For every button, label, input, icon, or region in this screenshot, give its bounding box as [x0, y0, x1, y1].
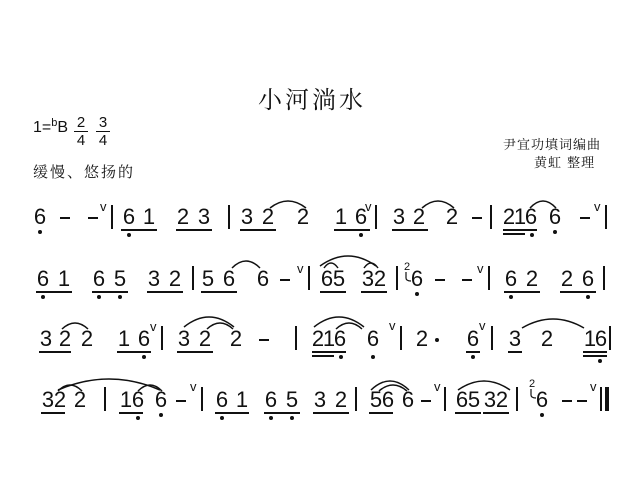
note: 6: [256, 268, 270, 290]
underline: [92, 291, 128, 293]
notation-line-3: 3 2 2 1 6 v 3 2 2 2 1 6 6 v 2 6 v 3 2 1 …: [0, 315, 640, 375]
dash: [60, 217, 70, 219]
barline: [228, 205, 230, 229]
barline: [609, 326, 611, 350]
underline: [121, 229, 157, 231]
note: 2: [176, 206, 190, 228]
underline: [117, 351, 151, 353]
underline: [264, 412, 300, 414]
breath-mark: v: [190, 380, 197, 393]
notation-line-4: 3 2 2 1 6 6 v 6 1 6 5 3 2 5 6 6 v 6 5 3 …: [0, 375, 640, 435]
ts-top: 2: [74, 115, 88, 130]
underline-2: [503, 233, 525, 235]
note: 2: [415, 328, 429, 350]
barline: [308, 266, 310, 290]
underline-2: [583, 355, 607, 357]
note: 6: [333, 328, 347, 350]
low-dot: [97, 295, 101, 299]
note: 2: [296, 206, 310, 228]
note: 3: [197, 206, 211, 228]
ts-bottom: 4: [96, 133, 110, 148]
barline: [396, 266, 398, 290]
note: 2: [445, 206, 459, 228]
barline: [104, 387, 106, 411]
low-dot: [269, 416, 273, 420]
barline: [192, 266, 194, 290]
dash: [259, 339, 269, 341]
barline-final-thin: [600, 387, 602, 411]
note: 3: [392, 206, 406, 228]
low-dot: [415, 292, 419, 296]
underline: [39, 351, 71, 353]
barline: [355, 387, 357, 411]
low-dot: [586, 295, 590, 299]
note: 5: [332, 268, 346, 290]
dash: [577, 400, 587, 402]
note: 3: [147, 268, 161, 290]
dash: [472, 217, 482, 219]
dash: [176, 400, 186, 402]
low-dot: [118, 295, 122, 299]
barline: [490, 205, 492, 229]
low-dot: [598, 359, 602, 363]
underline: [369, 412, 393, 414]
underline: [483, 412, 509, 414]
underline: [36, 291, 72, 293]
underline: [508, 351, 522, 353]
notation-line-2: 6 1 6 5 3 2 5 6 6 v 6 5 3 2 2 6 v 6 2 2 …: [0, 258, 640, 318]
breath-mark: v: [389, 319, 396, 332]
barline: [111, 205, 113, 229]
underline: [240, 229, 276, 231]
note: 2: [80, 328, 94, 350]
time-signature-3-4: 34: [96, 115, 110, 148]
underline-2: [312, 355, 334, 357]
note: 6: [594, 328, 608, 350]
breath-mark: v: [590, 380, 597, 393]
breath-mark: v: [150, 320, 157, 333]
barline: [201, 387, 203, 411]
barline: [491, 326, 493, 350]
key-signature: 1=bB: [33, 117, 68, 137]
low-dot: [127, 233, 131, 237]
underline: [41, 412, 65, 414]
low-dot: [540, 413, 544, 417]
note: 6: [222, 268, 236, 290]
note: 6: [401, 389, 415, 411]
low-dot: [553, 230, 557, 234]
note: 3: [39, 328, 53, 350]
note: 6: [504, 268, 518, 290]
dash: [562, 400, 572, 402]
note: 6: [548, 206, 562, 228]
augmentation-dot: [435, 338, 439, 342]
note: 6: [122, 206, 136, 228]
ts-top: 3: [96, 115, 110, 130]
time-signature-2-4: 24: [74, 115, 88, 148]
note: 5: [201, 268, 215, 290]
breath-mark: v: [434, 380, 441, 393]
underline: [560, 291, 596, 293]
barline: [605, 205, 607, 229]
low-dot: [530, 233, 534, 237]
underline: [320, 291, 346, 293]
key-note: B: [57, 119, 68, 136]
note: 6: [410, 268, 424, 290]
dash: [280, 279, 290, 281]
note: 3: [508, 328, 522, 350]
note: 6: [466, 328, 480, 350]
low-dot: [142, 355, 146, 359]
key-prefix: 1=: [33, 119, 51, 136]
note: 2: [540, 328, 554, 350]
underline: [455, 412, 481, 414]
low-dot: [359, 233, 363, 237]
dash: [462, 279, 472, 281]
underline: [177, 351, 213, 353]
note: 6: [215, 389, 229, 411]
note: 6: [131, 389, 145, 411]
note: 2: [53, 389, 67, 411]
low-dot: [371, 355, 375, 359]
note: 6: [366, 328, 380, 350]
low-dot: [509, 295, 513, 299]
underline: [119, 412, 143, 414]
note: 2: [334, 389, 348, 411]
barline: [295, 326, 297, 350]
breath-mark: v: [297, 262, 304, 275]
note: 2: [525, 268, 539, 290]
note: 2: [73, 389, 87, 411]
breath-mark: v: [477, 262, 484, 275]
low-dot: [41, 295, 45, 299]
note: 5: [467, 389, 481, 411]
note: 2: [229, 328, 243, 350]
low-dot: [339, 355, 343, 359]
underline: [583, 351, 607, 353]
dash: [88, 217, 98, 219]
note: 2: [560, 268, 574, 290]
note: 1: [57, 268, 71, 290]
breath-mark: v: [365, 200, 372, 213]
note: 5: [113, 268, 127, 290]
dash: [580, 217, 590, 219]
note: 6: [92, 268, 106, 290]
note: 2: [168, 268, 182, 290]
breath-mark: v: [594, 200, 601, 213]
note: 5: [285, 389, 299, 411]
underline: [215, 412, 249, 414]
score-title: 小河淌水: [258, 80, 366, 115]
low-dot: [290, 416, 294, 420]
underline: [392, 229, 428, 231]
dash: [435, 279, 445, 281]
note: 1: [334, 206, 348, 228]
breath-mark: v: [100, 200, 107, 213]
barline: [375, 205, 377, 229]
note: 6: [581, 268, 595, 290]
note: 3: [240, 206, 254, 228]
low-dot: [159, 413, 163, 417]
credit-lyrics-composer: 尹宜功填词编曲: [503, 134, 601, 153]
underline: [201, 291, 237, 293]
note: 6: [381, 389, 395, 411]
note: 1: [142, 206, 156, 228]
dash: [421, 400, 431, 402]
barline: [161, 326, 163, 350]
underline: [361, 291, 387, 293]
underline: [312, 351, 346, 353]
low-dot: [136, 416, 140, 420]
barline: [516, 387, 518, 411]
note: 6: [154, 389, 168, 411]
note: 6: [535, 389, 549, 411]
note: 2: [373, 268, 387, 290]
breath-mark: v: [479, 319, 486, 332]
underline: [504, 291, 540, 293]
note: 6: [264, 389, 278, 411]
underline: [334, 229, 370, 231]
low-dot: [471, 355, 475, 359]
credit-arranger: 黄虹 整理: [534, 152, 595, 171]
note: 2: [58, 328, 72, 350]
low-dot: [220, 416, 224, 420]
underline: [503, 229, 537, 231]
barline: [488, 266, 490, 290]
note: 1: [117, 328, 131, 350]
note: 6: [137, 328, 151, 350]
note: 3: [177, 328, 191, 350]
barline-final-thick: [605, 387, 609, 411]
barline: [444, 387, 446, 411]
underline: [313, 412, 349, 414]
barline: [400, 326, 402, 350]
ts-bottom: 4: [74, 133, 88, 148]
underline: [176, 229, 212, 231]
note: 1: [235, 389, 249, 411]
note: 6: [36, 268, 50, 290]
note: 2: [198, 328, 212, 350]
underline: [466, 351, 480, 353]
barline: [603, 266, 605, 290]
notation-line-1: 6 v 6 1 2 3 3 2 2 1 6 v 3 2 2 2 1 6 6 v: [0, 200, 640, 260]
note: 6: [33, 206, 47, 228]
note: 3: [313, 389, 327, 411]
low-dot: [38, 230, 42, 234]
tempo-marking: 缓慢、悠扬的: [33, 161, 135, 182]
underline: [147, 291, 183, 293]
note: 2: [495, 389, 509, 411]
